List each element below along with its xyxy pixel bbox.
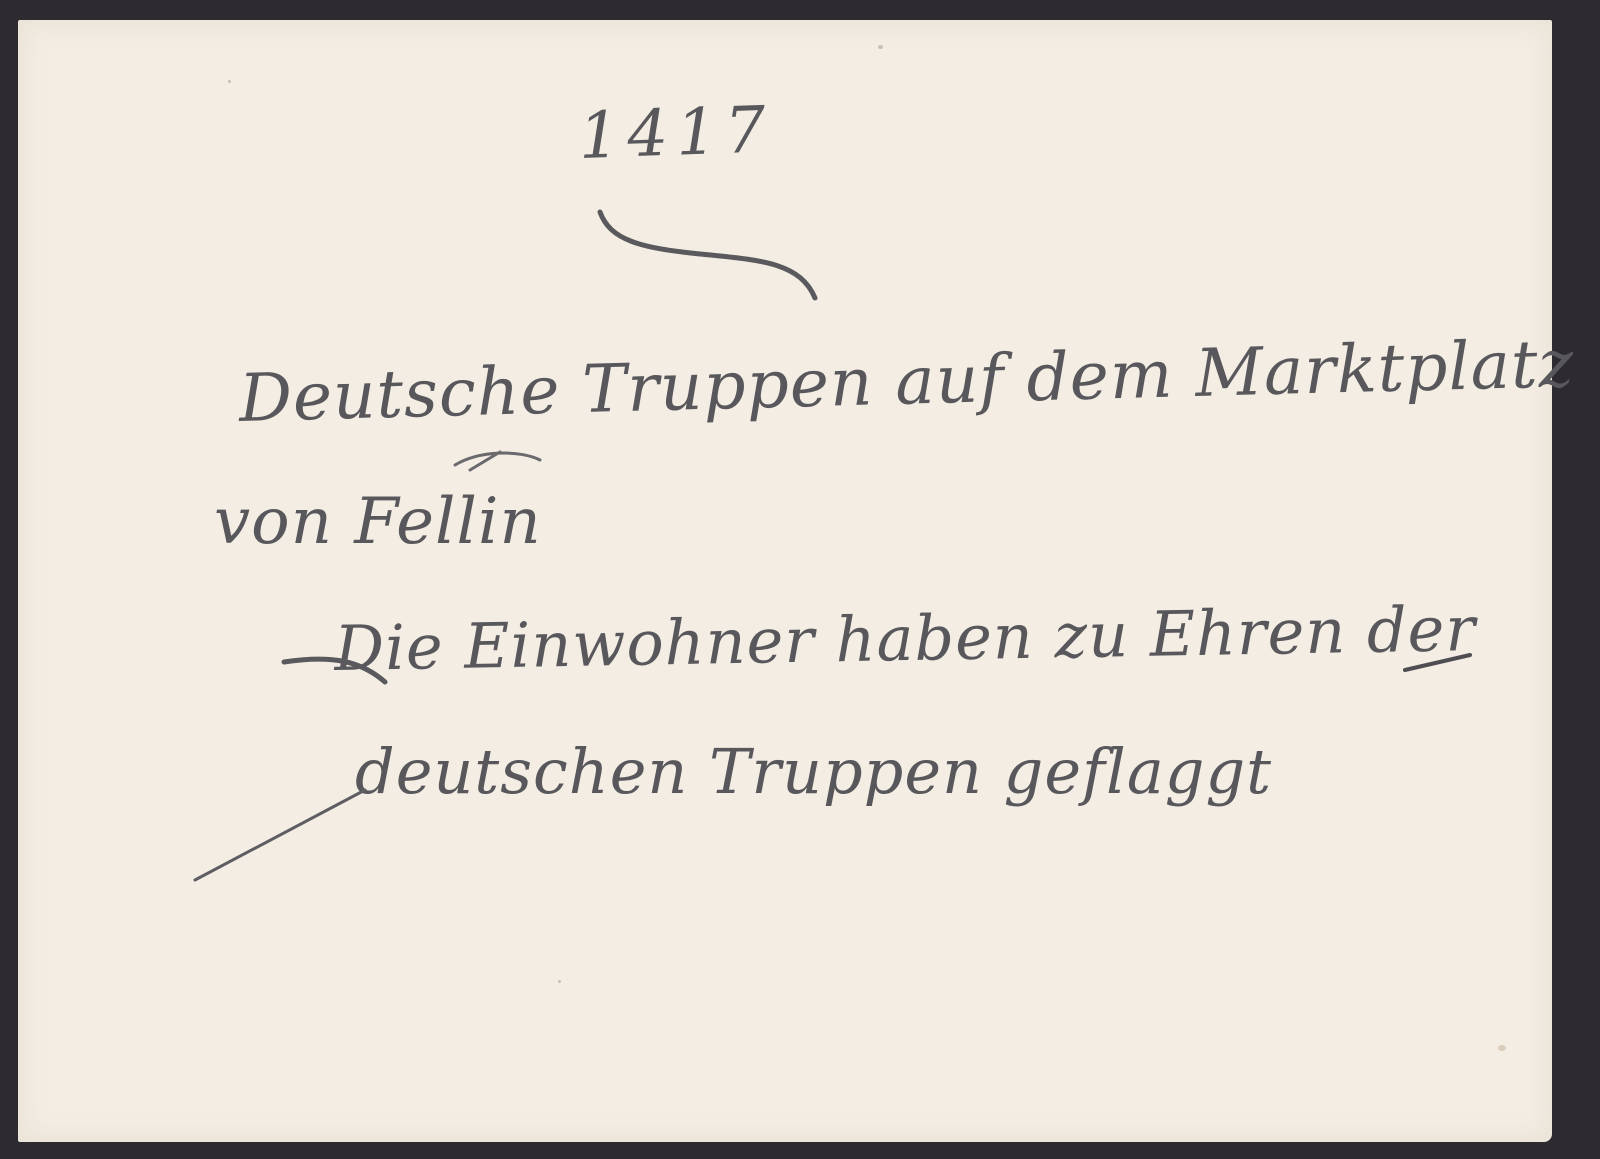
paper-fleck [1498,1045,1506,1051]
paper-fleck [878,45,883,49]
photo-number: 1417 [577,93,774,174]
paper-fleck [558,980,561,983]
paper-fleck [228,80,231,83]
caption-line-4: deutschen Truppen geflaggt [355,735,1272,808]
photo-back-card [18,20,1552,1142]
caption-line-2: von Fellin [214,485,542,559]
